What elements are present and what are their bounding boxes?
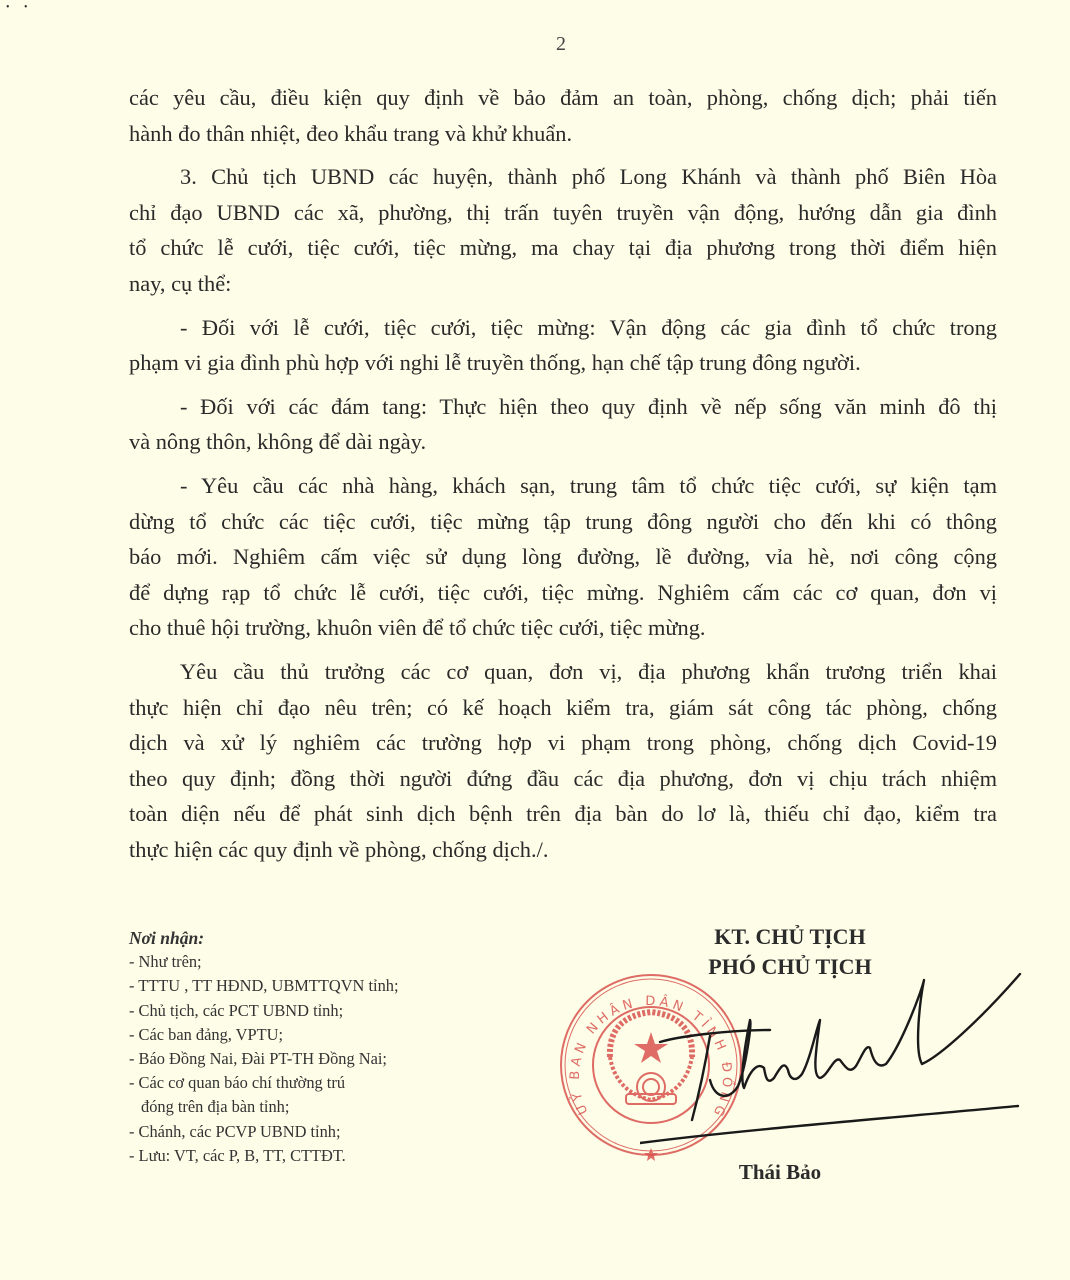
recipient-item: - Báo Đồng Nai, Đài PT-TH Đồng Nai; <box>129 1047 529 1071</box>
paragraph: các yêu cầu, điều kiện quy định về bảo đ… <box>129 80 997 151</box>
text-line: dịch và xử lý nghiêm các trường hợp vi p… <box>129 725 997 761</box>
document-body: các yêu cầu, điều kiện quy định về bảo đ… <box>129 80 997 875</box>
recipient-item: đóng trên địa bàn tỉnh; <box>129 1095 529 1119</box>
text-line: - Đối với lễ cưới, tiệc cưới, tiệc mừng:… <box>129 310 997 346</box>
recipient-item: - Như trên; <box>129 950 529 974</box>
recipient-item: - TTTU , TT HĐND, UBMTTQVN tỉnh; <box>129 974 529 998</box>
paragraph: - Đối với lễ cưới, tiệc cưới, tiệc mừng:… <box>129 310 997 381</box>
page-number: 2 <box>0 33 1070 56</box>
text-line: - Yêu cầu các nhà hàng, khách sạn, trung… <box>129 468 997 504</box>
text-line: và nông thôn, không để dài ngày. <box>129 424 997 460</box>
text-line: tổ chức lễ cưới, tiệc cưới, tiệc mừng, m… <box>129 230 997 266</box>
paragraph: Yêu cầu thủ trưởng các cơ quan, đơn vị, … <box>129 654 997 868</box>
signer-name: Thái Bảo <box>690 1160 870 1185</box>
text-line: hành đo thân nhiệt, đeo khẩu trang và kh… <box>129 116 997 152</box>
paragraph: - Đối với các đám tang: Thực hiện theo q… <box>129 389 997 460</box>
text-line: nay, cụ thể: <box>129 266 997 302</box>
text-line: Yêu cầu thủ trưởng các cơ quan, đơn vị, … <box>129 654 997 690</box>
recipient-item: - Các ban đảng, VPTU; <box>129 1023 529 1047</box>
paragraph: - Yêu cầu các nhà hàng, khách sạn, trung… <box>129 468 997 646</box>
text-line: các yêu cầu, điều kiện quy định về bảo đ… <box>129 80 997 116</box>
paragraph: 3. Chủ tịch UBND các huyện, thành phố Lo… <box>129 159 997 301</box>
recipient-item: - Các cơ quan báo chí thường trú <box>129 1071 529 1095</box>
text-line: - Đối với các đám tang: Thực hiện theo q… <box>129 389 997 425</box>
text-line: để dựng rạp tổ chức lễ cưới, tiệc cưới, … <box>129 575 997 611</box>
recipients-block: Nơi nhận: - Như trên;- TTTU , TT HĐND, U… <box>129 926 529 1168</box>
recipient-item: - Chủ tịch, các PCT UBND tỉnh; <box>129 999 529 1023</box>
recipients-title: Nơi nhận: <box>129 926 529 950</box>
text-line: toàn diện nếu để phát sinh dịch bệnh trê… <box>129 796 997 832</box>
text-line: theo quy định; đồng thời người đứng đầu … <box>129 761 997 797</box>
recipient-item: - Chánh, các PCVP UBND tỉnh; <box>129 1120 529 1144</box>
text-line: báo mới. Nghiêm cấm việc sử dụng lòng đư… <box>129 539 997 575</box>
text-line: thực hiện các quy định về phòng, chống d… <box>129 832 997 868</box>
text-line: cho thuê hội trường, khuôn viên để tổ ch… <box>129 610 997 646</box>
text-line: dừng tổ chức các tiệc cưới, tiệc mừng tậ… <box>129 504 997 540</box>
text-line: thực hiện chỉ đạo nêu trên; có kế hoạch … <box>129 690 997 726</box>
text-line: chỉ đạo UBND các xã, phường, thị trấn tu… <box>129 195 997 231</box>
handwritten-signature <box>640 960 1040 1160</box>
signature-title-line1: KT. CHỦ TỊCH <box>640 922 940 952</box>
text-line: phạm vi gia đình phù hợp với nghi lễ tru… <box>129 345 997 381</box>
scan-artifact-dots: • • <box>6 2 34 13</box>
text-line: 3. Chủ tịch UBND các huyện, thành phố Lo… <box>129 159 997 195</box>
recipient-item: - Lưu: VT, các P, B, TT, CTTĐT. <box>129 1144 529 1168</box>
